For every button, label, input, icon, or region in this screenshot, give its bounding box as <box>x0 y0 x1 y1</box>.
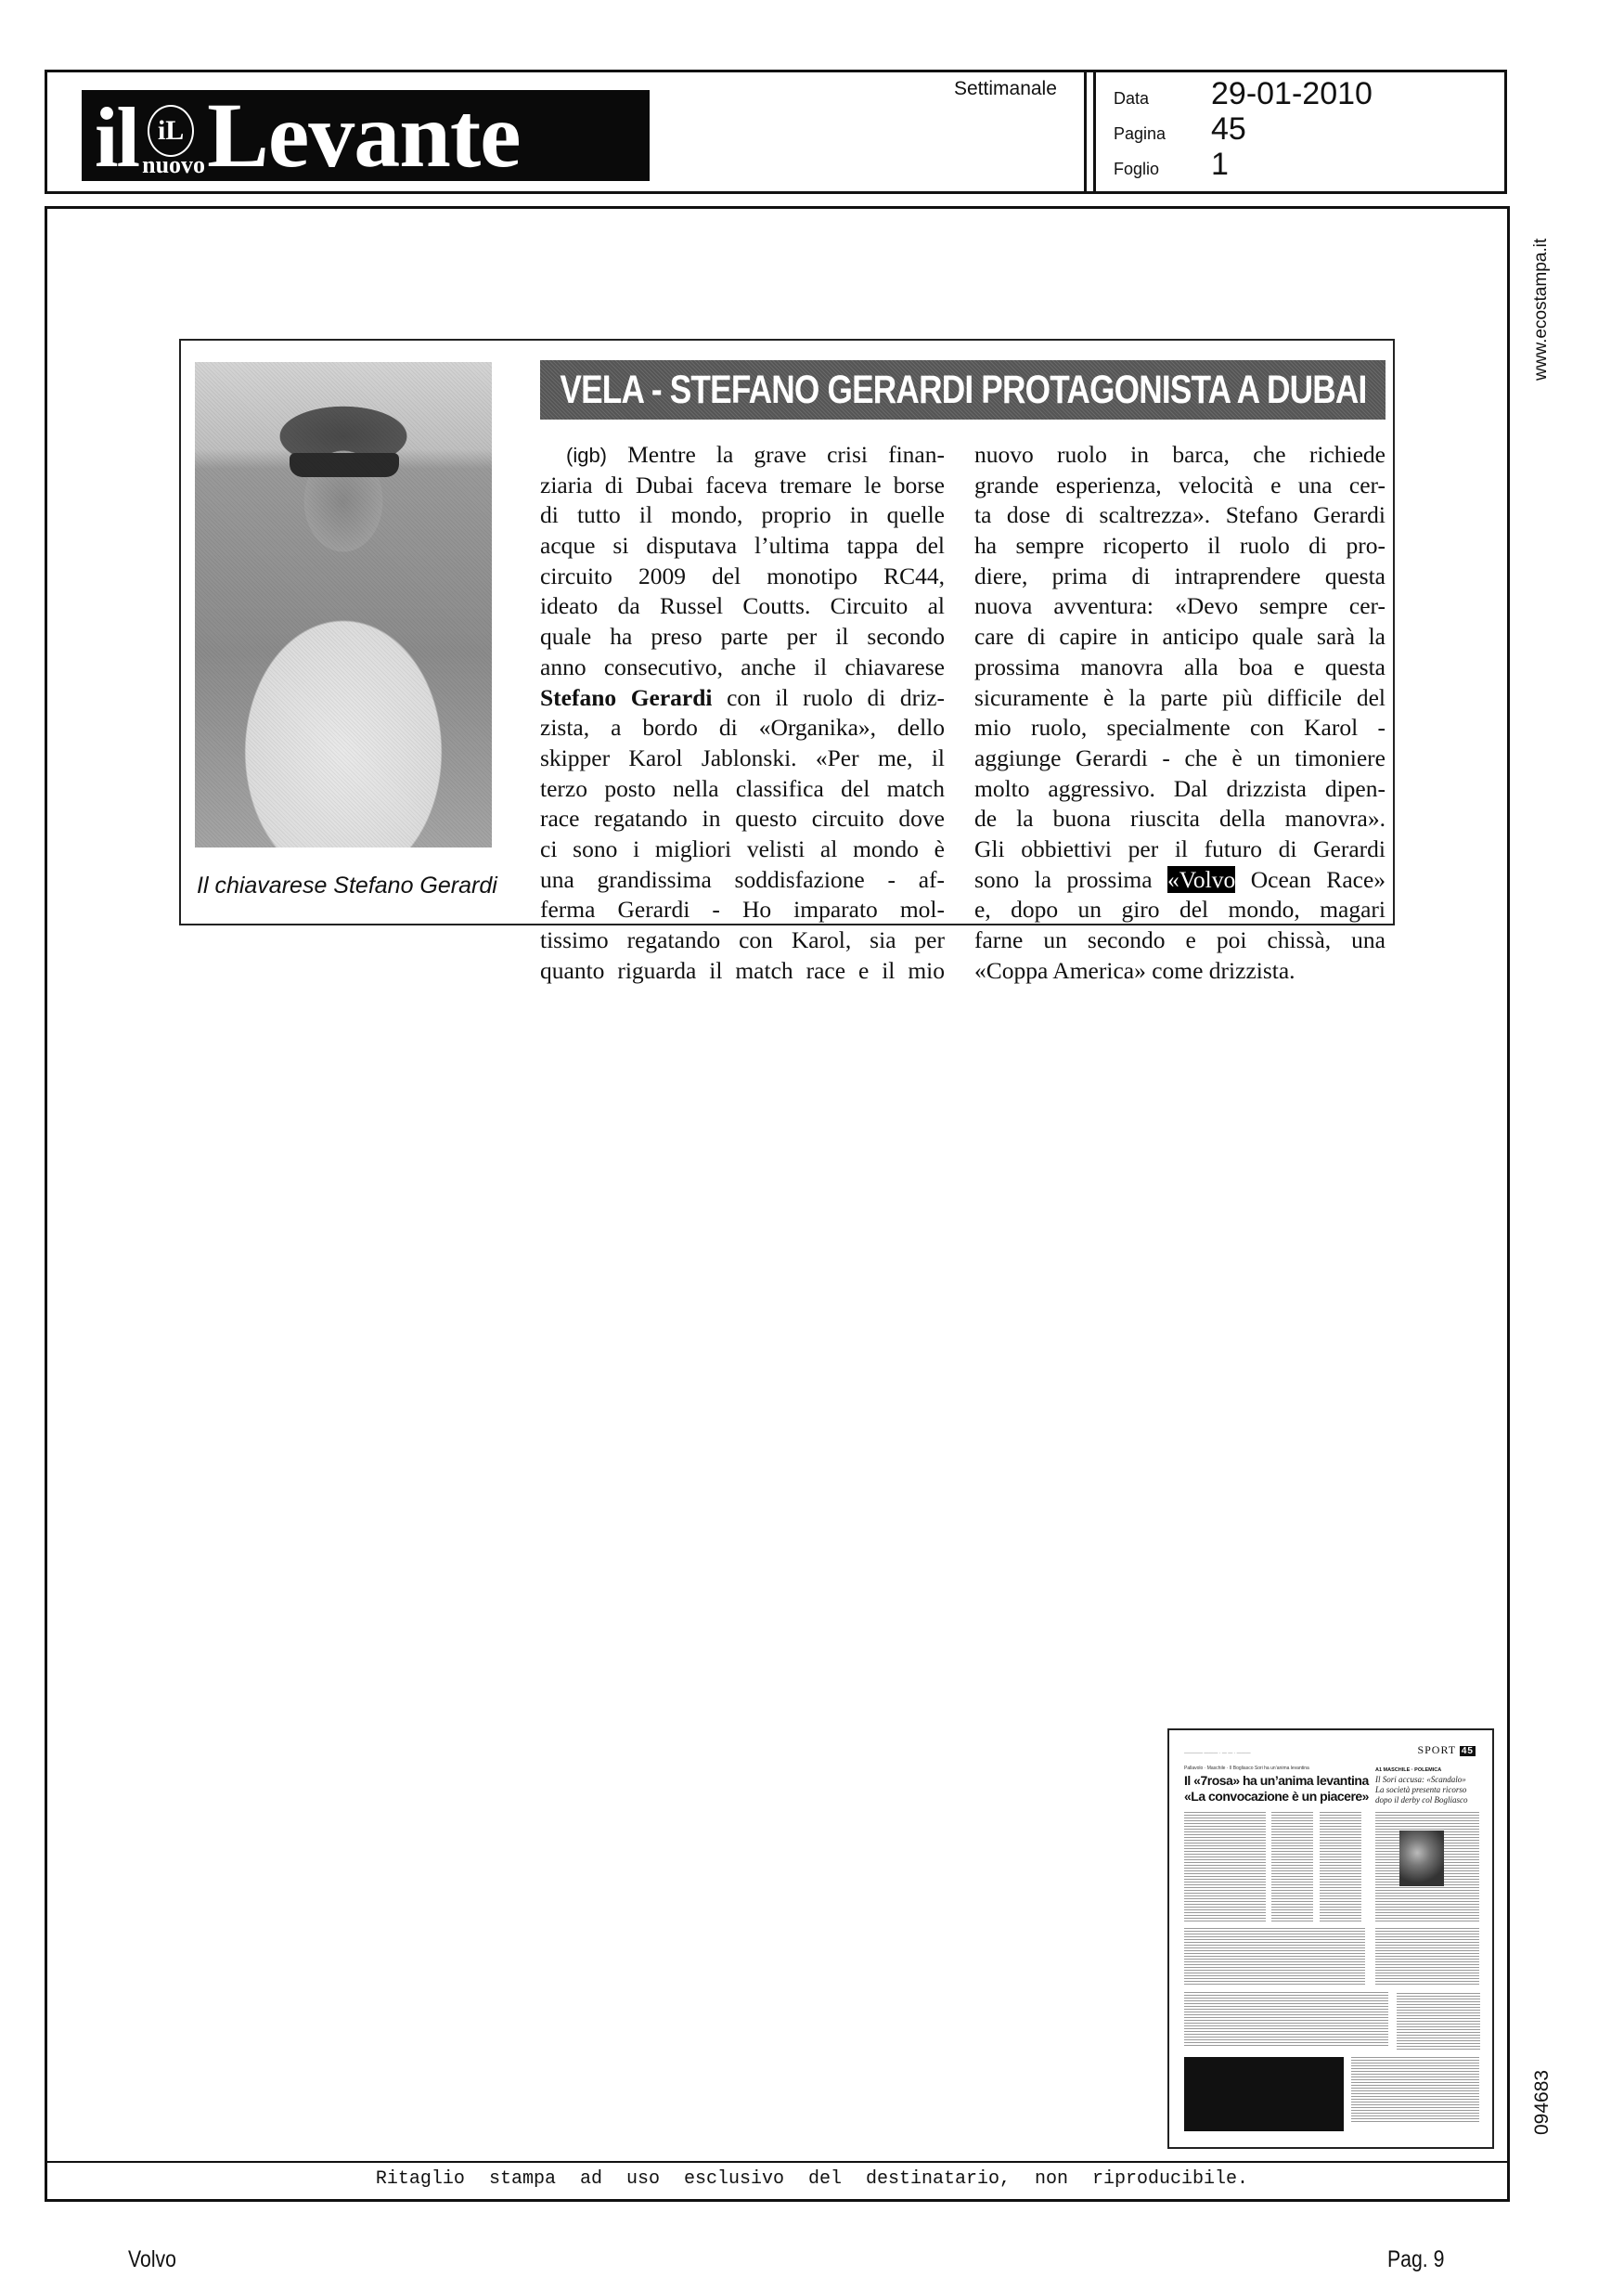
text-line: ta dose di scaltrezza». Stefano Gerardi <box>974 500 1386 531</box>
disclaimer: Ritaglio stampa ad uso esclusivo del des… <box>0 2168 1624 2190</box>
thumb-text-block <box>1397 1992 1480 2050</box>
text-line: nuovo ruolo in barca, che richiede <box>974 440 1386 471</box>
text-line: aggiunge Gerardi - che è un timoniere <box>974 744 1386 774</box>
text-line: «Coppa America» come drizzista. <box>974 956 1386 987</box>
text-line: ferma Gerardi - Ho imparato mol- <box>540 895 945 925</box>
text-line: mio ruolo, specialmente con Karol - <box>974 713 1386 744</box>
thumb-page-badge: 45 <box>1460 1746 1476 1756</box>
meta-date-label: Data <box>1114 89 1211 109</box>
text-line: circuito 2009 del monotipo RC44, <box>540 562 945 592</box>
text-line: de la buona riuscita della manovra». <box>974 804 1386 834</box>
text-line: race regatando in questo circuito dove <box>540 804 945 834</box>
ecostampa-url[interactable]: www.ecostampa.it <box>1531 239 1552 381</box>
thumb-text-block <box>1351 2057 1479 2122</box>
text-line: Stefano Gerardi con il ruolo di driz- <box>540 683 945 714</box>
article-headline: VELA - STEFANO GERARDI PROTAGONISTA A DU… <box>540 360 1386 420</box>
meta-sheet: Foglio 1 <box>1114 147 1229 183</box>
text-line: ideato da Russel Coutts. Circuito al <box>540 591 945 622</box>
text-line: tissimo regatando con Karol, sia per <box>540 925 945 956</box>
text-line: ha sempre ricoperto il ruolo di pro- <box>974 531 1386 562</box>
byline: (igb) <box>566 444 607 467</box>
thumb-side-kicker: A1 MASCHILE · POLEMICA <box>1375 1767 1441 1773</box>
thumb-text-block <box>1271 1812 1313 1921</box>
meta-page-value: 45 <box>1211 111 1246 148</box>
text-line: (igb) Mentre la grave crisi finan- <box>540 440 945 471</box>
thumb-topline: ———— ——— · — — · ——— <box>1184 1751 1251 1756</box>
text-line: sicuramente è la parte più difficile del <box>974 683 1386 714</box>
keyword-highlight: «Volvo <box>1167 866 1235 893</box>
text-line: diere, prima di intraprendere questa <box>974 562 1386 592</box>
text-line: farne un secondo e poi chissà, una <box>974 925 1386 956</box>
meta-date: Data 29-01-2010 <box>1114 76 1373 112</box>
text-line: acque si disputava l’ultima tappa del <box>540 531 945 562</box>
text-line: nuova avventura: «Devo sempre cer- <box>974 591 1386 622</box>
text-line: ziaria di Dubai faceva tremare le borse <box>540 471 945 501</box>
thumb-side-headline: Il Sori accusa: «Scandalo» La società pr… <box>1375 1775 1467 1805</box>
text-line: molto aggressivo. Dal drizzista dipen- <box>974 774 1386 805</box>
article-column-2: nuovo ruolo in barca, che richiede grand… <box>974 440 1386 986</box>
text-line: di tutto il mondo, proprio in quelle <box>540 500 945 531</box>
text-line: care di capire in anticipo quale sarà la <box>974 622 1386 653</box>
thumb-section: SPORT 45 <box>1417 1743 1476 1757</box>
text-line: Gli obbiettivi per il futuro di Gerardi <box>974 834 1386 865</box>
text-line: zista, a bordo di «Organika», dello <box>540 713 945 744</box>
photo-halftone <box>195 362 492 847</box>
photo-caption: Il chiavarese Stefano Gerardi <box>197 873 497 899</box>
text-line: prossima manovra alla boa e questa <box>974 653 1386 683</box>
text-line: una grandissima soddisfazione - af- <box>540 865 945 896</box>
thumb-text-block <box>1320 1812 1361 1921</box>
article-photo <box>195 362 492 847</box>
thumb-text-block <box>1184 1812 1266 1921</box>
footer-page-number: Pag. 9 <box>1387 2246 1444 2273</box>
headline-text: VELA - STEFANO GERARDI PROTAGONISTA A DU… <box>560 368 1366 413</box>
thumb-text-block <box>1375 1927 1479 1985</box>
thumb-dark-box <box>1184 2057 1344 2131</box>
thumb-kicker: Pallavolo · Maschile · Il Bogliasco Sori… <box>1184 1766 1309 1771</box>
frame-divider <box>45 2161 1510 2163</box>
clipping-code: 094683 <box>1531 2070 1553 2135</box>
frequency-box <box>45 70 1087 194</box>
text-line: terzo posto nella classifica del match <box>540 774 945 805</box>
page-thumbnail[interactable]: ———— ——— · — — · ——— SPORT 45 Pallavolo … <box>1167 1728 1494 2149</box>
text-line: skipper Karol Jablonski. «Per me, il <box>540 744 945 774</box>
meta-page: Pagina 45 <box>1114 111 1246 148</box>
thumb-headline: Il «7rosa» ha un’anima levantina «La con… <box>1184 1773 1369 1805</box>
text-line: anno consecutivo, anche il chiavarese <box>540 653 945 683</box>
thumb-text-block <box>1184 1992 1388 2046</box>
article-column-1: (igb) Mentre la grave crisi finan- ziari… <box>540 440 945 986</box>
meta-sheet-label: Foglio <box>1114 160 1211 179</box>
text-line: grande esperienza, velocità e una cer- <box>974 471 1386 501</box>
meta-page-label: Pagina <box>1114 124 1211 144</box>
text-line: quale ha preso parte per il secondo <box>540 622 945 653</box>
bold-name: Stefano Gerardi <box>540 684 713 711</box>
text-line: sono la prossima «Volvo Ocean Race» <box>974 865 1386 896</box>
thumb-text-block <box>1184 1927 1365 1985</box>
meta-date-value: 29-01-2010 <box>1211 76 1373 112</box>
thumb-photo <box>1399 1831 1444 1886</box>
meta-sheet-value: 1 <box>1211 147 1229 183</box>
footer-keyword: Volvo <box>128 2246 176 2273</box>
text-line: ci sono i migliori velisti al mondo è <box>540 834 945 865</box>
text-line: e, dopo un giro del mondo, magari <box>974 895 1386 925</box>
text-line: quanto riguarda il match race e il mio <box>540 956 945 987</box>
publication-frequency: Settimanale <box>954 78 1057 100</box>
